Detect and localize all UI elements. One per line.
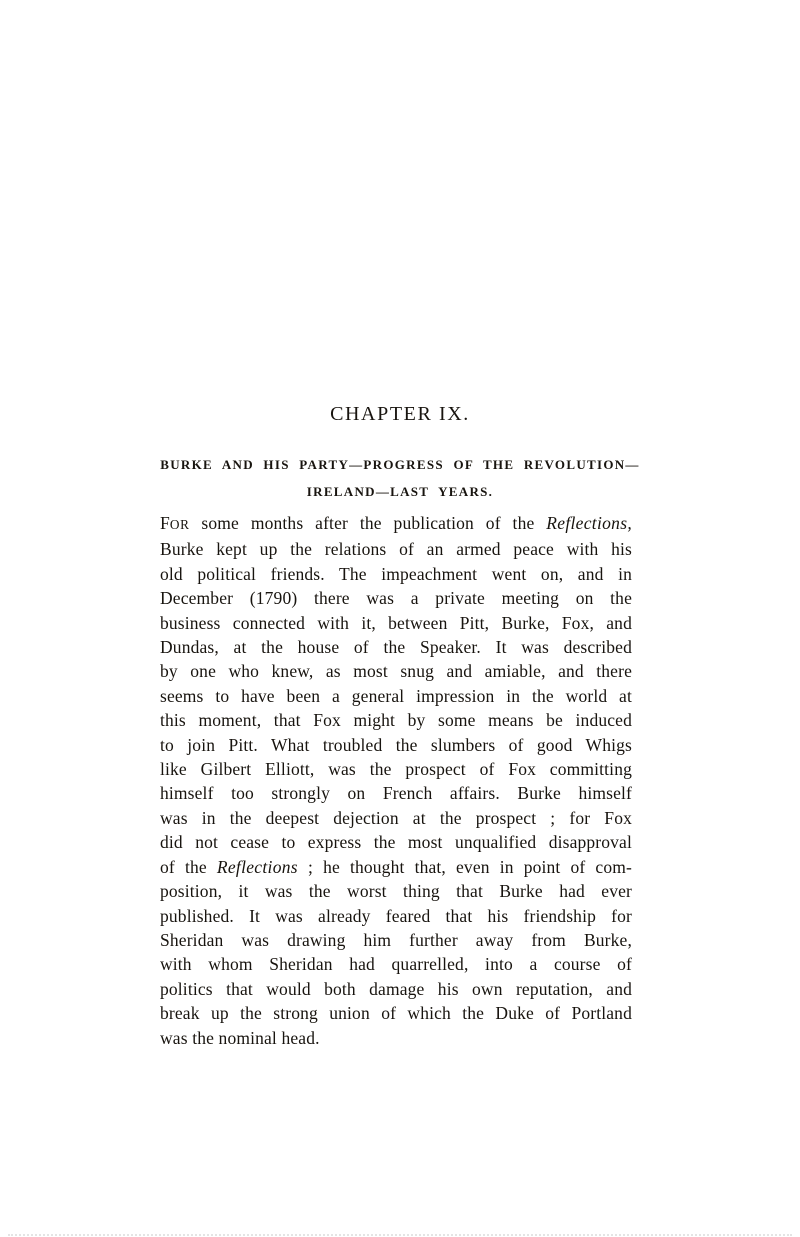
body-line: seems to have been a general impression …: [160, 684, 632, 708]
body-line: For some months after the publication of…: [160, 511, 632, 537]
body-line: business connected with it, between Pitt…: [160, 611, 632, 635]
body-line: to join Pitt. What troubled the slumbers…: [160, 733, 632, 757]
body-line: December (1790) there was a private meet…: [160, 586, 632, 610]
body-line: break up the strong union of which the D…: [160, 1001, 632, 1025]
scan-edge-artifact: [8, 1234, 792, 1236]
body-line: did not cease to express the most unqual…: [160, 830, 632, 854]
body-line: Sheridan was drawing him further away fr…: [160, 928, 632, 952]
subtitle-line-1: BURKE AND HIS PARTY—PROGRESS OF THE REVO…: [84, 451, 716, 478]
subtitle-line-2: IRELAND—LAST YEARS.: [84, 478, 716, 505]
body-line: this moment, that Fox might by some mean…: [160, 708, 632, 732]
body-line: was the nominal head.: [160, 1026, 632, 1050]
body-line: position, it was the worst thing that Bu…: [160, 879, 632, 903]
body-line: by one who knew, as most snug and amiabl…: [160, 659, 632, 683]
body-line: politics that would both damage his own …: [160, 977, 632, 1001]
body-line: of the Reflections ; he thought that, ev…: [160, 855, 632, 879]
body-line: Burke kept up the relations of an armed …: [160, 537, 632, 561]
chapter-subtitle: BURKE AND HIS PARTY—PROGRESS OF THE REVO…: [84, 451, 716, 505]
body-line: with whom Sheridan had quarrelled, into …: [160, 952, 632, 976]
body-line: Dundas, at the house of the Speaker. It …: [160, 635, 632, 659]
body-line: was in the deepest dejection at the pros…: [160, 806, 632, 830]
body-line: published. It was already feared that hi…: [160, 904, 632, 928]
book-page: CHAPTER IX. BURKE AND HIS PARTY—PROGRESS…: [0, 0, 800, 1237]
body-line: old political friends. The impeachment w…: [160, 562, 632, 586]
body-line: himself too strongly on French affairs. …: [160, 781, 632, 805]
body-text: For some months after the publication of…: [160, 511, 632, 1050]
body-line: like Gilbert Elliott, was the prospect o…: [160, 757, 632, 781]
chapter-heading: CHAPTER IX.: [0, 402, 800, 426]
